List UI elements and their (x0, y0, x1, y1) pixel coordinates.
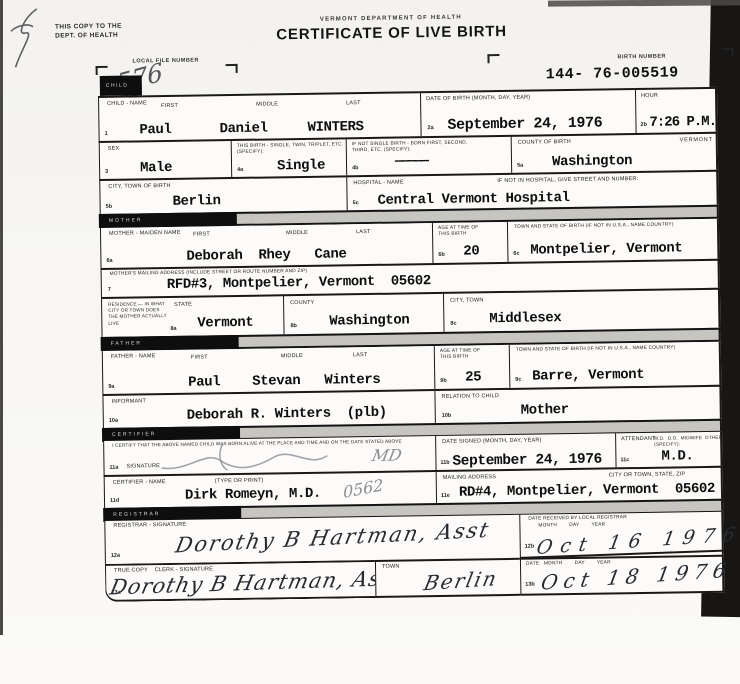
field-marker: 2b (640, 122, 647, 128)
field-date-signed: DATE SIGNED (MONTH, DAY, YEAR) 11b Septe… (435, 433, 615, 470)
scanned-birth-certificate: THIS COPY TO THE DEPT. OF HEALTH VERMONT… (0, 0, 740, 684)
field-label: CERTIFIER - NAME (113, 479, 166, 487)
field-value: M.D. (661, 448, 693, 464)
col-last: LAST (353, 352, 368, 360)
field-value: Vermont (197, 315, 253, 332)
field-value: Washington (552, 153, 632, 170)
certificate-sheet: THIS COPY TO THE DEPT. OF HEALTH VERMONT… (0, 0, 740, 684)
field-city-of-birth: CITY, TOWN OF BIRTH 5b Berlin (99, 175, 346, 214)
field-marker: 9c (515, 377, 521, 383)
field-label-2: M.D. D.O. MIDWIFE OTHER (SPECIFY): (654, 435, 722, 448)
crop-mark (487, 54, 499, 63)
field-label: TOWN (382, 564, 400, 572)
field-label: AGE AT TIME OF THIS BIRTH (438, 225, 479, 239)
field-marker: 4b (352, 165, 359, 171)
field-value: September 24, 1976 (447, 115, 602, 134)
field-marker: 11d (110, 498, 119, 504)
field-child-name: CHILD - NAME FIRST MIDDLE LAST 1 Paul Da… (98, 91, 421, 141)
field-label: HOSPITAL - NAME (353, 179, 403, 187)
field-father-age: AGE AT TIME OF THIS BIRTH 9b 25 (434, 345, 510, 389)
field-marker: 8a (170, 326, 176, 332)
col-middle: MIDDLE (256, 101, 278, 109)
field-value-handwritten: Berlin (422, 566, 501, 595)
field-label: THIS BIRTH - SINGLE, TWIN, TRIPLET, ETC.… (237, 142, 344, 157)
field-value: RD#4, Montpelier, Vermont 05602 (459, 481, 715, 501)
field-residence-county: COUNTY 8b Washington (283, 292, 444, 334)
col-first: FIRST (191, 354, 208, 362)
field-mother-age: AGE AT TIME OF THIS BIRTH 6b 20 (432, 222, 508, 263)
field-value: Berlin (172, 193, 220, 210)
field-value: Washington (329, 312, 409, 329)
birth-number-label: BIRTH NUMBER (617, 54, 666, 61)
field-value: Deborah Rhey Cane (186, 246, 346, 264)
field-label: MAILING ADDRESS (443, 474, 497, 482)
section-bar-child: CHILD (100, 75, 142, 96)
page-title: CERTIFICATE OF LIVE BIRTH (264, 23, 519, 44)
field-clerk-signature: TRUE COPY CLERK - SIGNATURE 13a Dorothy … (105, 560, 376, 602)
field-label: SEX (108, 146, 120, 154)
field-certifier-mailing-address: MAILING ADDRESS CITY OR TOWN, STATE, ZIP… (436, 466, 723, 503)
field-marker: 11c (620, 457, 629, 463)
field-value: 25 (465, 369, 481, 385)
field-marker: 6c (513, 251, 519, 257)
field-marker: 10a (109, 418, 118, 424)
field-mother-maiden-name: MOTHER - MAIDEN NAME FIRST MIDDLE LAST 6… (100, 223, 433, 268)
field-label: DATE OF BIRTH (MONTH, DAY, YEAR) (426, 95, 530, 104)
field-label: FATHER - NAME (111, 353, 156, 361)
field-label: HOUR (641, 93, 658, 101)
field-label: COUNTY (290, 300, 315, 308)
field-this-birth: THIS BIRTH - SINGLE, TWIN, TRIPLET, ETC.… (231, 137, 347, 177)
field-value: ————— (395, 153, 427, 169)
copy-note: THIS COPY TO THE DEPT. OF HEALTH (55, 22, 122, 42)
field-value: Mother (521, 402, 569, 419)
col-last: LAST (346, 100, 361, 108)
field-marker: 11b (440, 460, 449, 466)
field-value: Barre, Vermont (532, 367, 644, 385)
field-mother-birthplace: TOWN AND STATE OF BIRTH (IF NOT IN U.S.A… (507, 219, 720, 262)
crop-mark (721, 48, 733, 57)
field-marker: 3 (105, 169, 108, 175)
field-value: Paul Stevan Winters (188, 372, 380, 391)
field-value: Single (277, 158, 325, 175)
field-label: REGISTRAR - SIGNATURE (113, 522, 186, 531)
field-value: 7:26 P.M. (649, 114, 716, 131)
field-label: TOWN AND STATE OF BIRTH (IF NOT IN U.S.A… (516, 345, 711, 354)
col-first: FIRST (161, 103, 178, 111)
field-residence-state: RESIDENCE — IN WHAT CITY OR TOWN DOES TH… (101, 294, 284, 337)
field-marker: 12a (111, 553, 120, 559)
field-marker: 6a (106, 258, 112, 264)
crop-mark (226, 64, 238, 73)
field-label: AGE AT TIME OF THIS BIRTH (440, 348, 481, 362)
field-value: Middlesex (489, 310, 561, 327)
birth-number-value: 144- 76-005519 (546, 64, 679, 83)
field-value: 20 (463, 243, 479, 259)
field-label: CHILD - NAME (107, 100, 147, 108)
field-hospital: HOSPITAL - NAME IF NOT IN HOSPITAL, GIVE… (346, 170, 718, 211)
field-marker: 6b (438, 252, 445, 258)
field-label-2: (TYPE OR PRINT) (215, 478, 264, 486)
field-value: Montpelier, Vermont (530, 240, 682, 258)
field-marker: 10b (442, 413, 452, 419)
field-date-of-birth: DATE OF BIRTH (MONTH, DAY, YEAR) 2a Sept… (420, 88, 636, 136)
field-marker: 9b (440, 378, 447, 384)
residence-label: RESIDENCE — IN WHAT CITY OR TOWN DOES TH… (108, 301, 170, 327)
field-marker: 5a (517, 163, 523, 169)
field-marker: 11e (441, 493, 450, 499)
field-value: RFD#3, Montpelier, Vermont 05602 (167, 273, 431, 293)
field-marker: 2a (427, 125, 433, 131)
field-value: Central Vermont Hospital (377, 190, 569, 209)
field-marker: 9a (108, 384, 114, 390)
field-marker: 11a (109, 465, 118, 471)
field-if-not-single-birth: IF NOT SINGLE BIRTH - BORN FIRST, SECOND… (346, 135, 512, 175)
pen-mark (3, 5, 56, 86)
field-label: RELATION TO CHILD (441, 393, 499, 401)
signature-md: MD (370, 446, 403, 465)
field-certifier-name: CERTIFIER - NAME (TYPE OR PRINT) 11d Dir… (104, 470, 436, 508)
field-marker: 8b (290, 323, 297, 329)
field-label: DATE SIGNED (MONTH, DAY, YEAR) (442, 437, 542, 446)
field-date-row2: DATE MONTH DAY YEAR 13b Oct 18 1976 (520, 555, 725, 596)
field-marker: 7 (108, 287, 111, 293)
field-hour: HOUR 2b 7:26 P.M. (635, 87, 718, 133)
field-father-name: FATHER - NAME FIRST MIDDLE LAST 9a Paul … (102, 346, 435, 394)
field-county-of-birth: COUNTY OF BIRTH VERMONT 5a Washington (511, 132, 719, 173)
col-middle: MIDDLE (281, 353, 303, 361)
field-value: Dirk Romeyn, M.D. (185, 486, 321, 504)
field-marker: 12b (525, 544, 535, 550)
field-marker: 5b (106, 204, 113, 210)
field-label: MOTHER - MAIDEN NAME (109, 230, 181, 238)
field-relation-to-child: RELATION TO CHILD 10b Mother (434, 385, 721, 423)
field-sublabel: MONTH DAY YEAR (538, 523, 605, 530)
field-residence-city: CITY, TOWN 8c Middlesex (443, 288, 721, 332)
field-town: TOWN Berlin (375, 558, 521, 598)
field-marker: 4a (237, 167, 243, 173)
annotation-0562: 0562 (343, 475, 384, 502)
field-father-birthplace: TOWN AND STATE OF BIRTH (IF NOT IN U.S.A… (509, 342, 722, 388)
field-value-handwritten: Dorothy B Hartman, Asst (173, 518, 492, 558)
field-marker: 13b (525, 582, 535, 588)
field-sex: SEX 3 Male (99, 139, 232, 179)
field-value: Male (140, 160, 172, 176)
field-registrar-signature: REGISTRAR - SIGNATURE 12a Dorothy B Hart… (104, 515, 520, 564)
field-label: ATTENDANT (621, 436, 656, 444)
col-middle: MIDDLE (286, 230, 308, 238)
agency-name: VERMONT DEPARTMENT OF HEALTH (291, 14, 491, 23)
field-label: STATE (174, 302, 192, 310)
field-label: CITY, TOWN (450, 297, 484, 305)
field-attendant: ATTENDANT M.D. D.O. MIDWIFE OTHER (SPECI… (615, 432, 722, 468)
field-value: Deborah R. Winters (plb) (187, 405, 387, 424)
col-last: LAST (356, 229, 371, 237)
field-label: CITY, TOWN OF BIRTH (108, 183, 170, 191)
col-first: FIRST (193, 231, 210, 239)
state-preprint: VERMONT (680, 137, 713, 145)
field-marker: 5c (353, 200, 359, 206)
crop-mark (96, 66, 108, 75)
field-label: COUNTY OF BIRTH (518, 139, 571, 147)
field-label: SIGNATURE (126, 463, 160, 471)
field-value: Paul Daniel WINTERS (139, 119, 363, 138)
field-label-2: CITY OR TOWN, STATE, ZIP (609, 471, 686, 480)
field-informant: INFORMANT 10a Deborah R. Winters (plb) (102, 389, 434, 428)
field-certifier-signature: I CERTIFY THAT THE ABOVE NAMED CHILD WAS… (103, 436, 435, 475)
field-marker: 8c (450, 321, 456, 327)
field-label-2: IF NOT IN HOSPITAL, GIVE STREET AND NUMB… (497, 176, 638, 186)
field-label: INFORMANT (111, 398, 146, 406)
field-label: TOWN AND STATE OF BIRTH (IF NOT IN U.S.A… (514, 222, 709, 231)
field-marker: 1 (105, 131, 108, 137)
